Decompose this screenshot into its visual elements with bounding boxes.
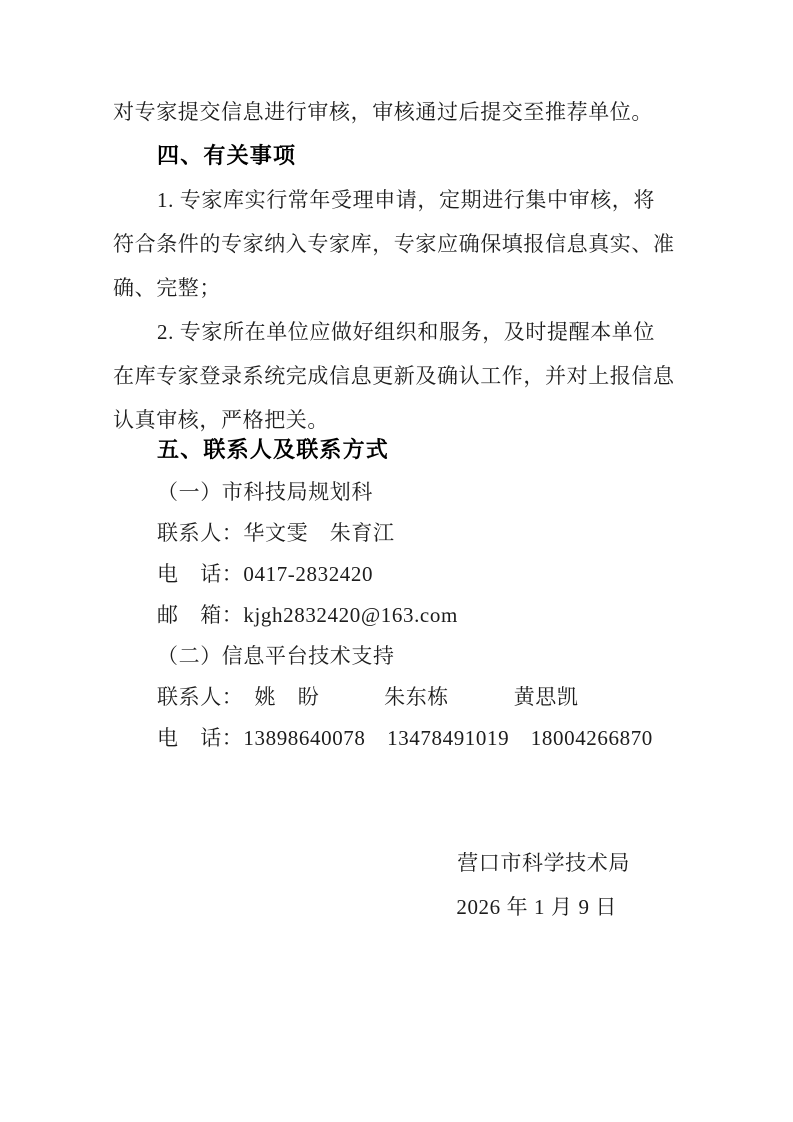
signature-date: 2026 年 1 月 9 日 xyxy=(113,885,680,929)
signature-block: 营口市科学技术局 2026 年 1 月 9 日 xyxy=(113,841,680,929)
intro-continuation-line: 对专家提交信息进行审核，审核通过后提交至推荐单位。 xyxy=(113,90,680,134)
item2-line-2: 在库专家登录系统完成信息更新及确认工作，并对上报信息 xyxy=(113,354,680,398)
group1-phone: 电 话：0417-2832420 xyxy=(113,554,680,595)
section5-heading: 五、联系人及联系方式 xyxy=(113,428,680,472)
group1-email: 邮 箱：kjgh2832420@163.com xyxy=(113,595,680,636)
group2-title: （二）信息平台技术支持 xyxy=(113,636,680,677)
group2-phone: 电 话：13898640078 13478491019 18004266870 xyxy=(113,718,680,759)
contact-group-2: （二）信息平台技术支持 联系人： 姚 盼 朱东栋 黄思凯 电 话：1389864… xyxy=(113,636,680,759)
group1-contacts: 联系人：华文雯 朱育江 xyxy=(113,513,680,554)
section4-item2: 2. 专家所在单位应做好组织和服务，及时提醒本单位 在库专家登录系统完成信息更新… xyxy=(113,310,680,442)
document-page: 对专家提交信息进行审核，审核通过后提交至推荐单位。 四、有关事项 1. 专家库实… xyxy=(0,0,793,1122)
group1-title: （一）市科技局规划科 xyxy=(113,472,680,513)
item1-line-1: 1. 专家库实行常年受理申请，定期进行集中审核，将 xyxy=(113,178,680,222)
section4-item1: 1. 专家库实行常年受理申请，定期进行集中审核，将 符合条件的专家纳入专家库，专… xyxy=(113,178,680,310)
item2-line-1: 2. 专家所在单位应做好组织和服务，及时提醒本单位 xyxy=(113,310,680,354)
item1-line-3: 确、完整； xyxy=(113,266,680,310)
group2-contacts: 联系人： 姚 盼 朱东栋 黄思凯 xyxy=(113,677,680,718)
signature-org: 营口市科学技术局 xyxy=(113,841,680,885)
contact-group-1: （一）市科技局规划科 联系人：华文雯 朱育江 电 话：0417-2832420 … xyxy=(113,472,680,636)
section4-heading: 四、有关事项 xyxy=(113,134,680,178)
item1-line-2: 符合条件的专家纳入专家库，专家应确保填报信息真实、准 xyxy=(113,222,680,266)
